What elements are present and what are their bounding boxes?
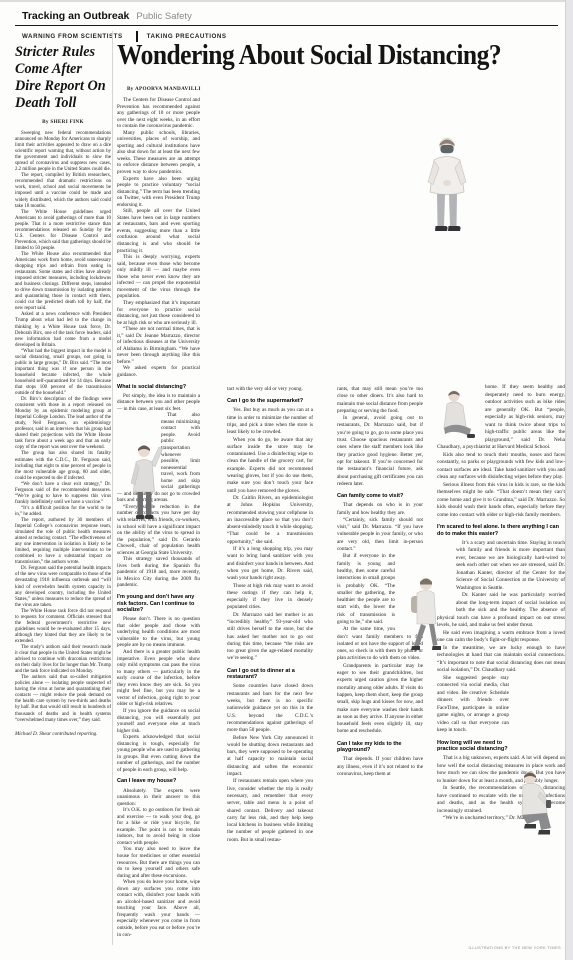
article-paragraph: Dr. Kanter said he was particularly worr… — [437, 592, 565, 630]
article-paragraph: Please don’t. There is no question that … — [117, 616, 200, 649]
article-paragraph: “It’s a difficult position for the world… — [15, 506, 111, 518]
article-paragraph: Experts acknowledged that social distanc… — [117, 734, 200, 773]
qa-subhead: Can I go out to dinner at a restaurant? — [227, 668, 313, 681]
article-paragraph: And there is a greater public health imp… — [117, 649, 200, 708]
main-article-column-4: home. If they seem healthy and desperate… — [437, 384, 565, 945]
article-paragraph: The study’s authors said their research … — [15, 645, 111, 675]
article-paragraph: They emphasized that it’s important for … — [117, 300, 200, 326]
main-headline: Wondering About Social Distancing? — [117, 38, 501, 72]
article-paragraph: Sweeping new federal recommendations ann… — [15, 131, 111, 173]
article-paragraph: It’s O.K. to go outdoors for fresh air a… — [117, 807, 200, 846]
article-paragraph: That depends. If your children have any … — [337, 756, 423, 778]
article-paragraph: This is deeply worrying, experts said, b… — [117, 254, 200, 300]
main-article-column-3: rants, that may still mean you’re too cl… — [337, 386, 423, 945]
section-brand: Tracking an Outbreak — [22, 10, 129, 22]
article-paragraph: “These are not normal times, that is it,… — [117, 326, 200, 365]
article-paragraph: It’s a scary and uncertain time. Staying… — [437, 540, 565, 593]
main-article-column-2: tact with the very old or very young. Ca… — [227, 386, 313, 945]
seated-person-illustration — [436, 386, 482, 449]
article-paragraph: Many public schools, libraries, universi… — [117, 130, 200, 176]
article-paragraph: Absolutely. The experts were unanimous i… — [117, 788, 200, 808]
article-paragraph: If it’s a long shopping trip, you may wa… — [227, 546, 313, 582]
section-header: Tracking an OutbreakPublic Safety — [22, 6, 192, 24]
text-wrap-spacer — [513, 676, 565, 748]
article-paragraph: He said even imagining a warm embrace fr… — [437, 630, 565, 645]
article-paragraph: We asked experts for practical guidance. — [117, 365, 200, 378]
article-paragraph: In the meantime, we are lucky enough to … — [437, 645, 565, 675]
article-paragraph: Yes. But buy as much as you can at a tim… — [227, 407, 313, 436]
article-paragraph: “We don’t have a clear exit strategy,” D… — [15, 482, 111, 506]
article-paragraph: When you do go, be aware that any surfac… — [227, 437, 313, 495]
article-paragraph: If you ignore the guidance on social dis… — [117, 708, 200, 734]
qa-subhead: Can I take my kids to the playground? — [337, 741, 423, 754]
article-paragraph: This strategy saved thousands of lives b… — [117, 556, 200, 589]
article-paragraph: Serious illness from this virus in kids … — [437, 482, 565, 520]
qa-subhead: What is social distancing? — [117, 384, 200, 391]
article-paragraph: Dr. Birx’s description of the findings w… — [15, 397, 111, 451]
person-walking-with-backpack-illustration — [399, 576, 449, 661]
article-paragraph: Asked at a news conference with Presiden… — [15, 312, 111, 348]
article-paragraph: Dr. Marrazzo said her mother is an “incr… — [227, 612, 313, 663]
section-sublabel: Public Safety — [136, 11, 191, 22]
article-paragraph: Kids also tend to touch their mouths, no… — [437, 452, 565, 482]
article-paragraph: The Centers for Disease Control and Prev… — [117, 97, 200, 130]
left-article: Stricter Rules Come After Dire Report On… — [15, 44, 111, 924]
article-paragraph: You may also need to leave the house for… — [117, 846, 200, 879]
left-article-headline: Stricter Rules Come After Dire Report On… — [15, 44, 111, 112]
article-paragraph: Grandparents in particular may be eager … — [337, 663, 423, 736]
page-edge — [565, 0, 573, 960]
qa-subhead: Can family come to visit? — [337, 493, 423, 500]
article-paragraph: Those at high risk may want to avoid the… — [227, 583, 313, 612]
article-paragraph: If restaurants remain open where you liv… — [227, 778, 313, 844]
article-paragraph: “Certainly, sick family should not visit… — [337, 517, 423, 553]
person-waving-illustration — [124, 441, 166, 526]
header-rule — [15, 25, 558, 26]
article-paragraph: Put simply, the idea is to maintain a di… — [117, 393, 200, 413]
article-paragraph: Before New York City announced it would … — [227, 735, 313, 779]
newspaper-page: Tracking an OutbreakPublic Safety WARNIN… — [0, 0, 573, 960]
kicker-warning-from-scientists: WARNING FROM SCIENTISTS — [22, 33, 123, 40]
article-paragraph: The authors said that so-called mitigati… — [15, 675, 111, 723]
qa-subhead: I’m young and don’t have any risk factor… — [117, 594, 200, 614]
left-article-byline: By SHERI FINK — [15, 119, 111, 125]
article-paragraph: “What had the biggest impact in the mode… — [15, 349, 111, 397]
page-top-rule — [0, 0, 573, 2]
article-paragraph: The group has also shared its fatality e… — [15, 451, 111, 481]
qa-subhead: I’m scared to feel alone. Is there anyth… — [437, 524, 565, 537]
qa-subhead: Can I go to the supermarket? — [227, 398, 313, 405]
article-paragraph: The report, compiled by British research… — [15, 173, 111, 209]
person-crouching-with-phone-illustration — [510, 766, 562, 847]
standing-person-wearing-face-mask-illustration — [424, 134, 470, 241]
contributor-credit: Michael D. Shear contributed reporting. — [15, 731, 111, 737]
article-paragraph: Experts have also been urging people to … — [117, 176, 200, 209]
article-paragraph: The White House also recommended that Am… — [15, 252, 111, 312]
article-paragraph: tact with the very old or very young. — [227, 386, 313, 393]
illustration-credit: ILLUSTRATIONS BY THE NEW YORK TIMES — [468, 945, 561, 950]
main-byline: By APOORVA MANDAVILLI — [127, 86, 201, 92]
article-paragraph: The White House task force did not respo… — [15, 609, 111, 645]
article-paragraph: rants, that may still mean you’re too cl… — [337, 386, 423, 415]
article-paragraph: Some countries have closed down restaura… — [227, 683, 313, 734]
article-paragraph: Dr. Caitlin Rivers, an epidemiologist at… — [227, 495, 313, 546]
article-paragraph: Still, people all over the United States… — [117, 208, 200, 254]
article-paragraph: The White House guidelines urged America… — [15, 210, 111, 252]
column-divider-rule — [112, 31, 113, 945]
article-paragraph: Dr. Ferguson said the potential health i… — [15, 566, 111, 608]
article-paragraph: That depends on who is in your family an… — [337, 502, 423, 517]
article-paragraph: The report, authored by 30 members of Im… — [15, 518, 111, 566]
article-paragraph: When you do leave your home, wipe down a… — [117, 879, 200, 938]
article-paragraph: In general, avoid going out to restauran… — [337, 415, 423, 488]
qa-subhead: Can I leave my house? — [117, 778, 200, 785]
